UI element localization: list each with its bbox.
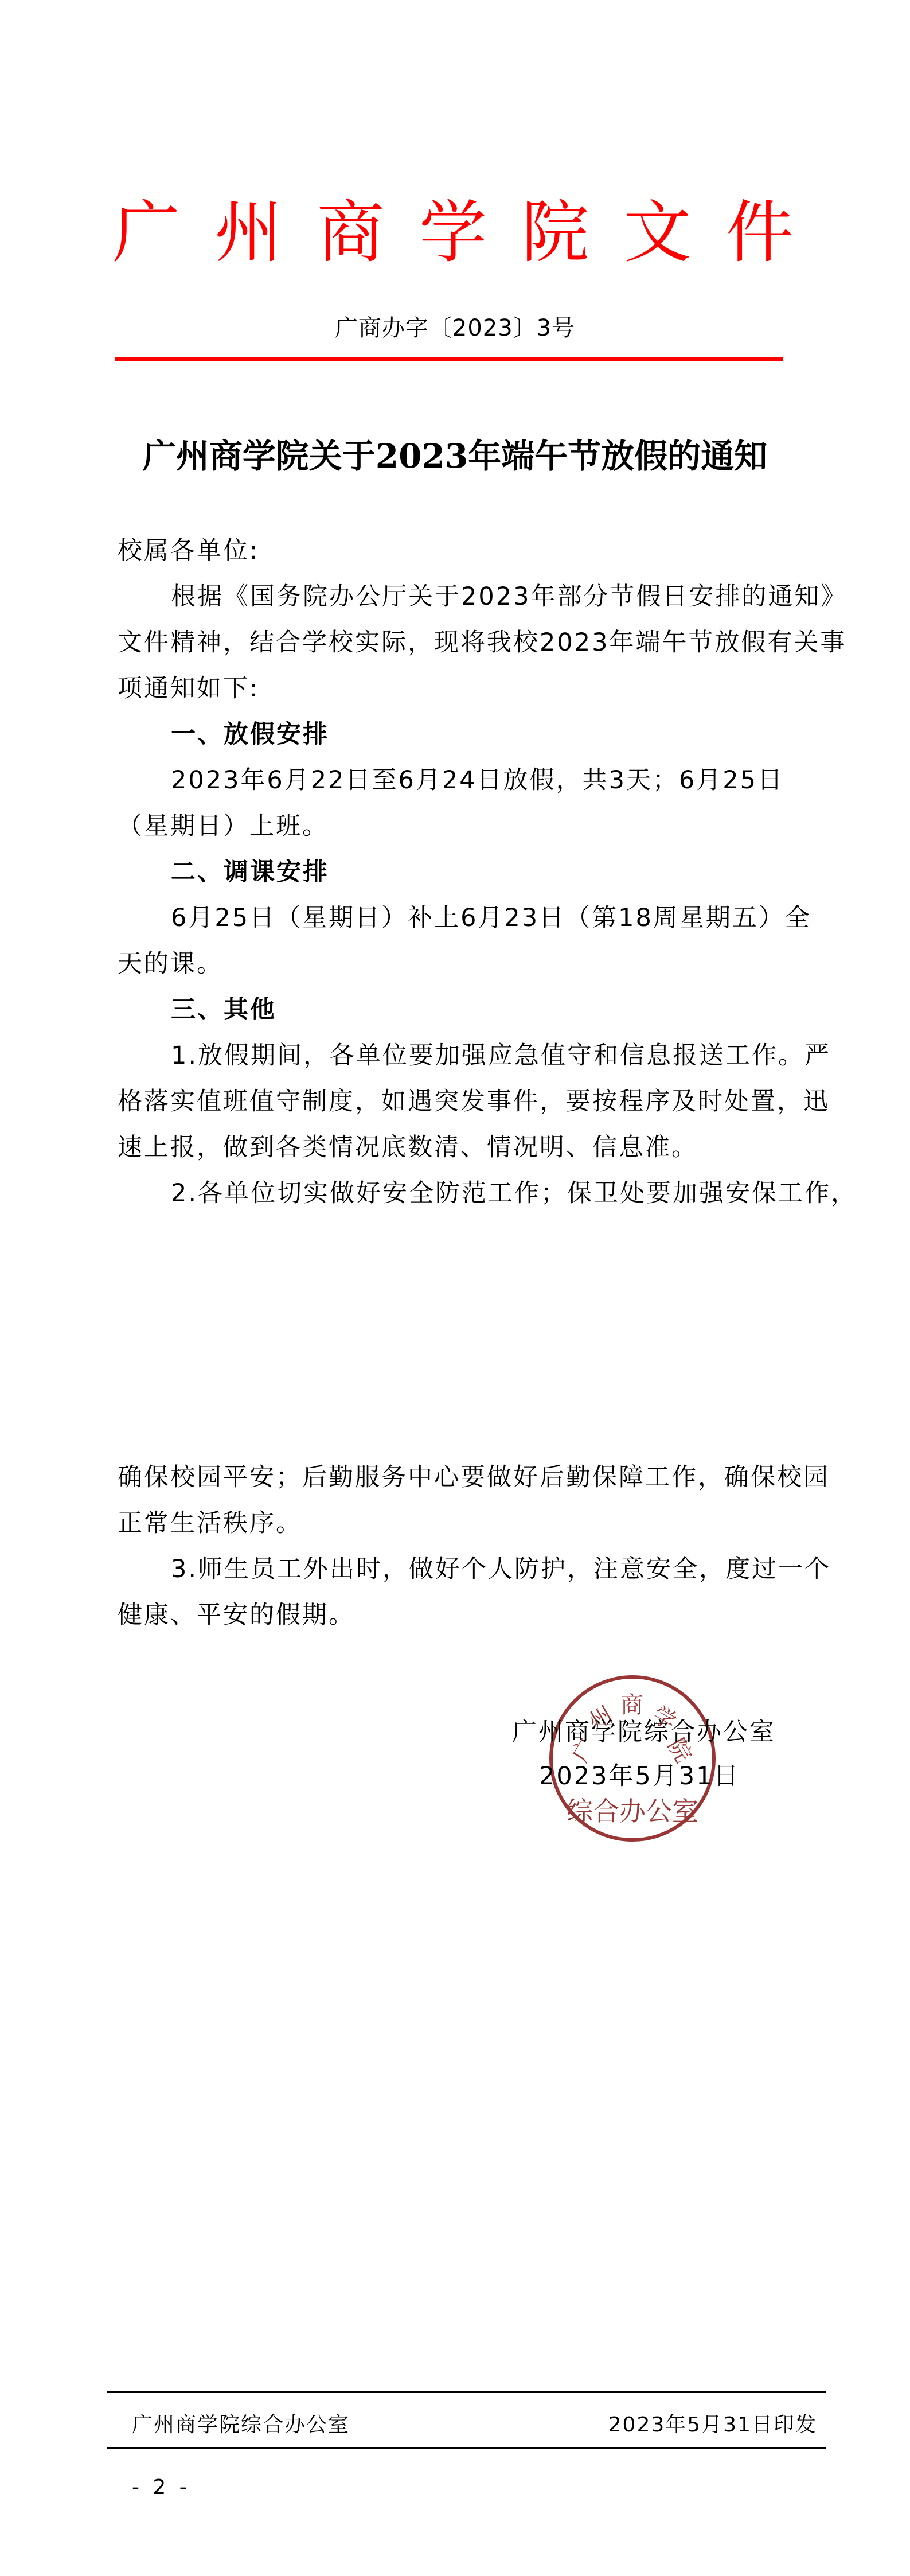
item-line: 速上报，做到各类情况底数清、情况明、信息准。	[118, 1124, 791, 1170]
header-char: 州	[211, 178, 286, 275]
section-line: 天的课。	[118, 941, 791, 987]
signature-office: 广州商学院综合办公室	[512, 1713, 776, 1748]
section-line: 6月25日（星期日）补上6月23日（第18周星期五）全	[118, 895, 791, 941]
item-line: 健康、平安的假期。	[118, 1592, 791, 1638]
header-char: 院	[518, 178, 592, 275]
item-line: 确保校园平安；后勤服务中心要做好后勤保障工作，确保校园	[118, 1454, 791, 1500]
page-number: - 2 -	[132, 2476, 190, 2499]
item-line: 正常生活秩序。	[118, 1500, 791, 1546]
notice-title: 广州商学院关于2023年端午节放假的通知	[0, 429, 910, 477]
intro-line: 根据《国务院办公厅关于2023年部分节假日安排的通知》	[118, 574, 791, 620]
intro-line: 文件精神，结合学校实际，现将我校2023年端午节放假有关事	[118, 620, 791, 666]
salutation: 校属各单位:	[118, 528, 791, 574]
header-char: 件	[722, 178, 797, 275]
section-line: 2023年6月22日至6月24日放假，共3天；6月25日	[118, 757, 791, 803]
signature-date: 2023年5月31日	[539, 1757, 740, 1792]
footer-top-rule	[107, 2391, 826, 2393]
item-line: 1.放假期间，各单位要加强应急值守和信息报送工作。严	[118, 1033, 791, 1079]
footer-bottom-rule	[107, 2447, 826, 2449]
item-line: 3.师生员工外出时，做好个人防护，注意安全，度过一个	[118, 1546, 791, 1592]
seal-bottom-text: 综合办公室	[553, 1791, 712, 1828]
footer-issuer: 广州商学院综合办公室	[132, 2408, 350, 2438]
section-line: （星期日）上班。	[118, 803, 791, 849]
section-heading-other: 三、其他	[118, 987, 791, 1033]
header-char: 文	[620, 178, 695, 275]
header-char: 学	[416, 178, 490, 275]
item-line: 格落实值班值守制度，如遇突发事件，要按程序及时处置，迅	[118, 1079, 791, 1124]
header-char: 商	[314, 178, 388, 275]
intro-line: 项通知如下:	[118, 666, 791, 711]
footer-issue-date: 2023年5月31日印发	[608, 2408, 817, 2438]
header-divider	[115, 357, 783, 361]
section-heading-holiday: 一、放假安排	[118, 711, 791, 757]
notice-body-continued: 确保校园平安；后勤服务中心要做好后勤保障工作，确保校园 正常生活秩序。 3.师生…	[118, 1454, 791, 1638]
notice-body: 校属各单位: 根据《国务院办公厅关于2023年部分节假日安排的通知》 文件精神，…	[118, 528, 791, 1216]
document-header-title: 广 州 商 学 院 文 件	[109, 184, 797, 270]
section-heading-class-adjust: 二、调课安排	[118, 849, 791, 895]
item-line: 2.各单位切实做好安全防范工作；保卫处要加强安保工作，	[118, 1170, 791, 1216]
document-number: 广商办字〔2023〕3号	[0, 310, 910, 343]
header-char: 广	[109, 178, 183, 275]
